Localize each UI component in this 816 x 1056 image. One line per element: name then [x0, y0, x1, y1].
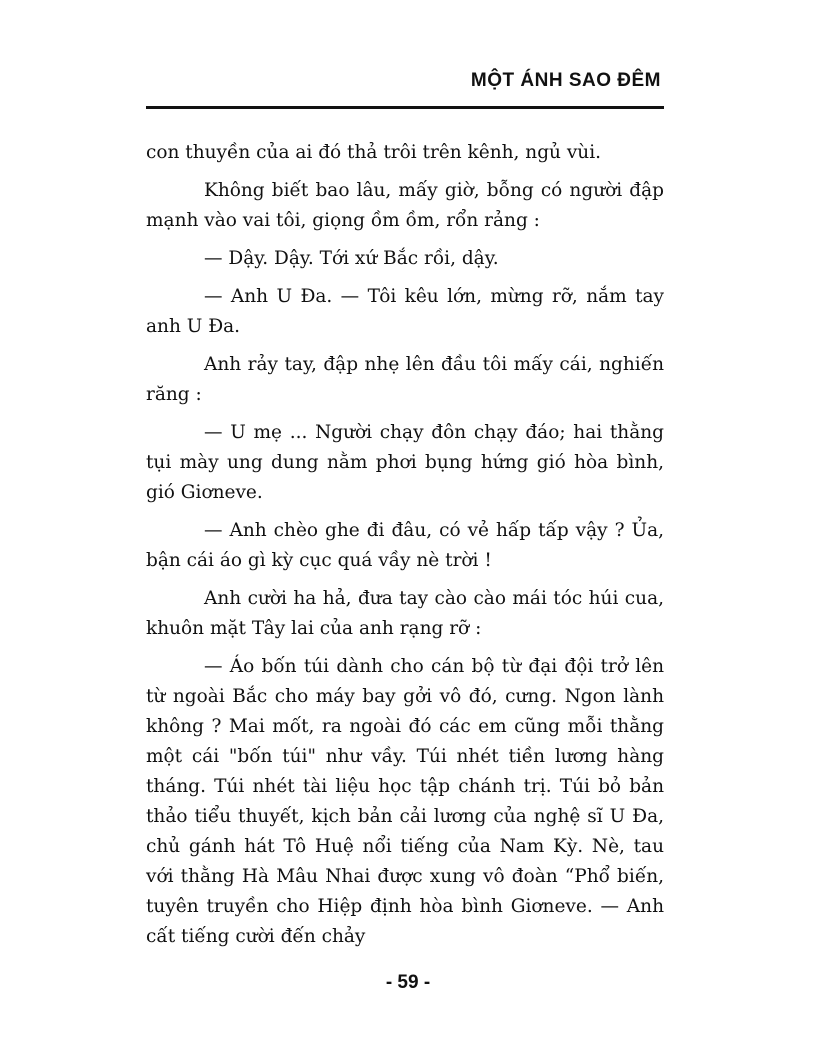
paragraph: — Áo bốn túi dành cho cán bộ từ đại đội … [146, 652, 664, 952]
paragraph: Anh rảy tay, đập nhẹ lên đầu tôi mấy cái… [146, 350, 664, 410]
header-rule-divider [146, 106, 664, 109]
running-header-title: MỘT ÁNH SAO ĐÊM [471, 70, 661, 92]
page-number: - 59 - [0, 972, 816, 994]
paragraph: — U mẹ ... Người chạy đôn chạy đáo; hai … [146, 418, 664, 508]
paragraph: con thuyền của ai đó thả trôi trên kênh,… [146, 138, 664, 168]
paragraph: Anh cười ha hả, đưa tay cào cào mái tóc … [146, 584, 664, 644]
body-text: con thuyền của ai đó thả trôi trên kênh,… [146, 138, 664, 960]
paragraph: — Anh U Đa. — Tôi kêu lớn, mừng rỡ, nắm … [146, 282, 664, 342]
paragraph: — Anh chèo ghe đi đâu, có vẻ hấp tấp vậy… [146, 516, 664, 576]
paragraph: — Dậy. Dậy. Tới xứ Bắc rồi, dậy. [146, 244, 664, 274]
paragraph: Không biết bao lâu, mấy giờ, bỗng có ngư… [146, 176, 664, 236]
